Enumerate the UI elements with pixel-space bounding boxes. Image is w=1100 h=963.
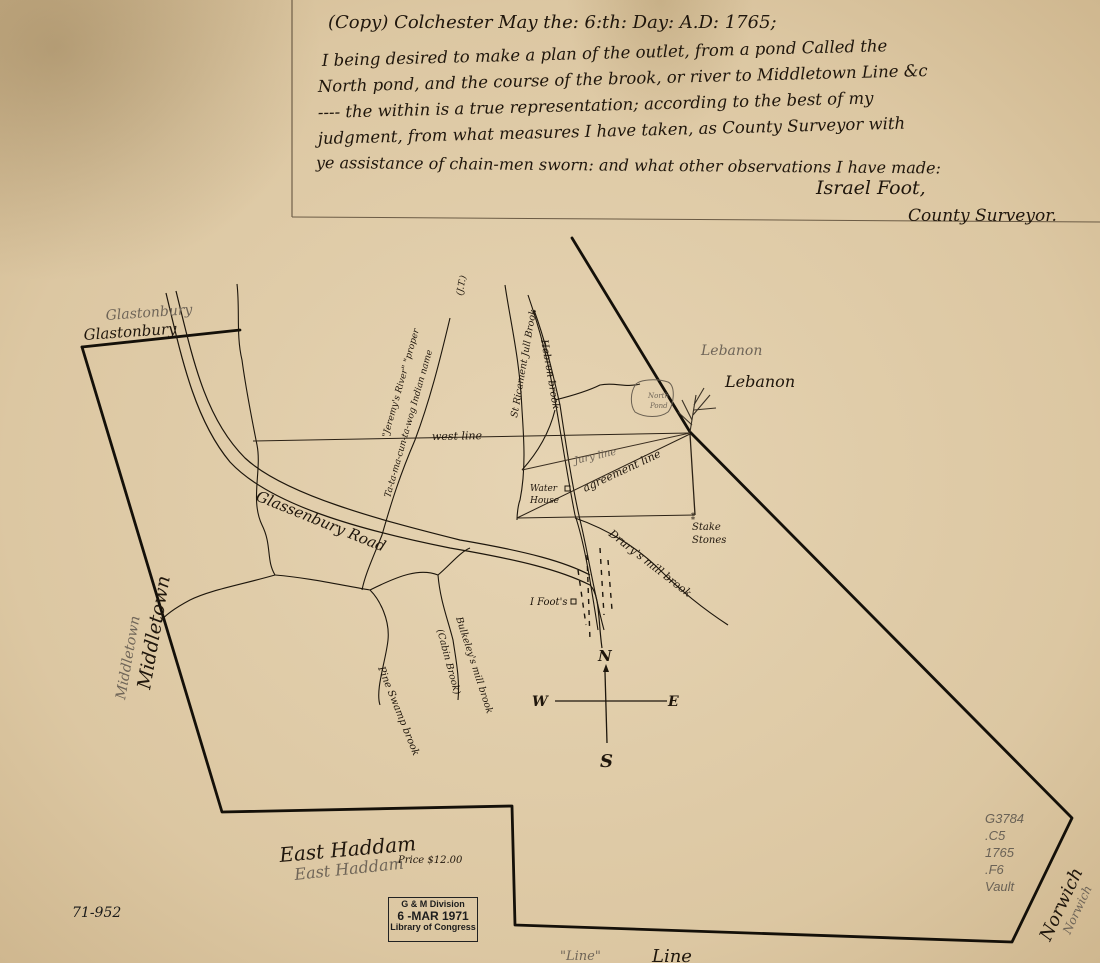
foots-house-icon <box>571 599 576 604</box>
jury-line-label: Jury line <box>571 447 617 468</box>
cabin-brook-label: (Cabin Brook) <box>434 628 462 696</box>
glastonbury-road <box>166 291 602 648</box>
town-boundary <box>82 238 1072 942</box>
call-number-line: 1765 <box>985 844 1045 861</box>
line-label: Line <box>651 946 692 963</box>
price-label: Price $12.00 <box>397 855 463 866</box>
indian-name-note: (J.T.) <box>454 274 469 297</box>
compass-east: E <box>667 694 679 710</box>
glastonbury-road-label: Glassenbury Road <box>254 487 389 555</box>
west-line-label: west line <box>432 429 483 443</box>
stones-label: Stones <box>692 535 726 546</box>
foots-house-label: I Foot's <box>529 597 567 608</box>
call-number-line: .F6 <box>985 861 1045 878</box>
north-pond-label-2: Pond <box>649 402 668 410</box>
accession-number: 71-952 <box>72 905 121 921</box>
compass-west: W <box>532 694 549 710</box>
stake-line <box>517 515 695 518</box>
lebanon-label: Lebanon <box>724 372 795 391</box>
hebron-brook-label: Hebron brook <box>538 338 561 411</box>
certificate-heading: (Copy) Colchester May the: 6:th: Day: A.… <box>328 12 777 33</box>
stoddard-brook-label: St Ricament Jull Brook <box>509 308 539 418</box>
stake-label: Stake <box>692 522 721 533</box>
lebanon-pencil-label: Lebanon <box>700 343 762 359</box>
map-sheet: (Copy) Colchester May the: 6:th: Day: A.… <box>0 0 1100 963</box>
tree-marker-icon <box>678 388 716 432</box>
drury-mill-brook-label: Drury's mill brook <box>605 527 694 601</box>
water-house-label-2: House <box>529 496 559 506</box>
map-canvas: (Copy) Colchester May the: 6:th: Day: A.… <box>0 0 1100 963</box>
stamp-institution: Library of Congress <box>389 923 477 933</box>
water-house-label: Water <box>530 484 558 494</box>
north-pond: North Pond <box>631 380 673 417</box>
pine-swamp-brook-label: Pine Swamp brook <box>375 664 421 757</box>
survey-lines <box>253 433 695 518</box>
library-stamp: G & M Division 6 -MAR 1971 Library of Co… <box>388 897 478 942</box>
stake-marker-icon: ⁑ <box>691 513 695 522</box>
surveyor-title: County Surveyor. <box>908 206 1057 226</box>
call-number-line: .C5 <box>985 827 1045 844</box>
bulkeleys-mill-brook-label: Bulkeley's mill brook <box>453 615 495 716</box>
call-number: G3784 .C5 1765 .F6 Vault <box>985 810 1045 895</box>
line-pencil-label: "Line" <box>560 949 601 963</box>
certificate-text: (Copy) Colchester May the: 6:th: Day: A.… <box>314 12 1057 226</box>
north-pond-label: North <box>647 392 669 400</box>
compass-south: S <box>600 751 613 772</box>
call-number-line: Vault <box>985 878 1045 895</box>
compass-north: N <box>597 647 613 665</box>
surveyor-signature: Israel Foot, <box>815 177 926 199</box>
certificate-line-5: ye assistance of chain-men sworn: and wh… <box>315 153 941 177</box>
glastonbury-label: Glastonbury <box>83 320 178 344</box>
stake-vertical <box>690 434 695 515</box>
compass-rose-icon: N S E W <box>532 647 679 772</box>
call-number-line: G3784 <box>985 810 1045 827</box>
